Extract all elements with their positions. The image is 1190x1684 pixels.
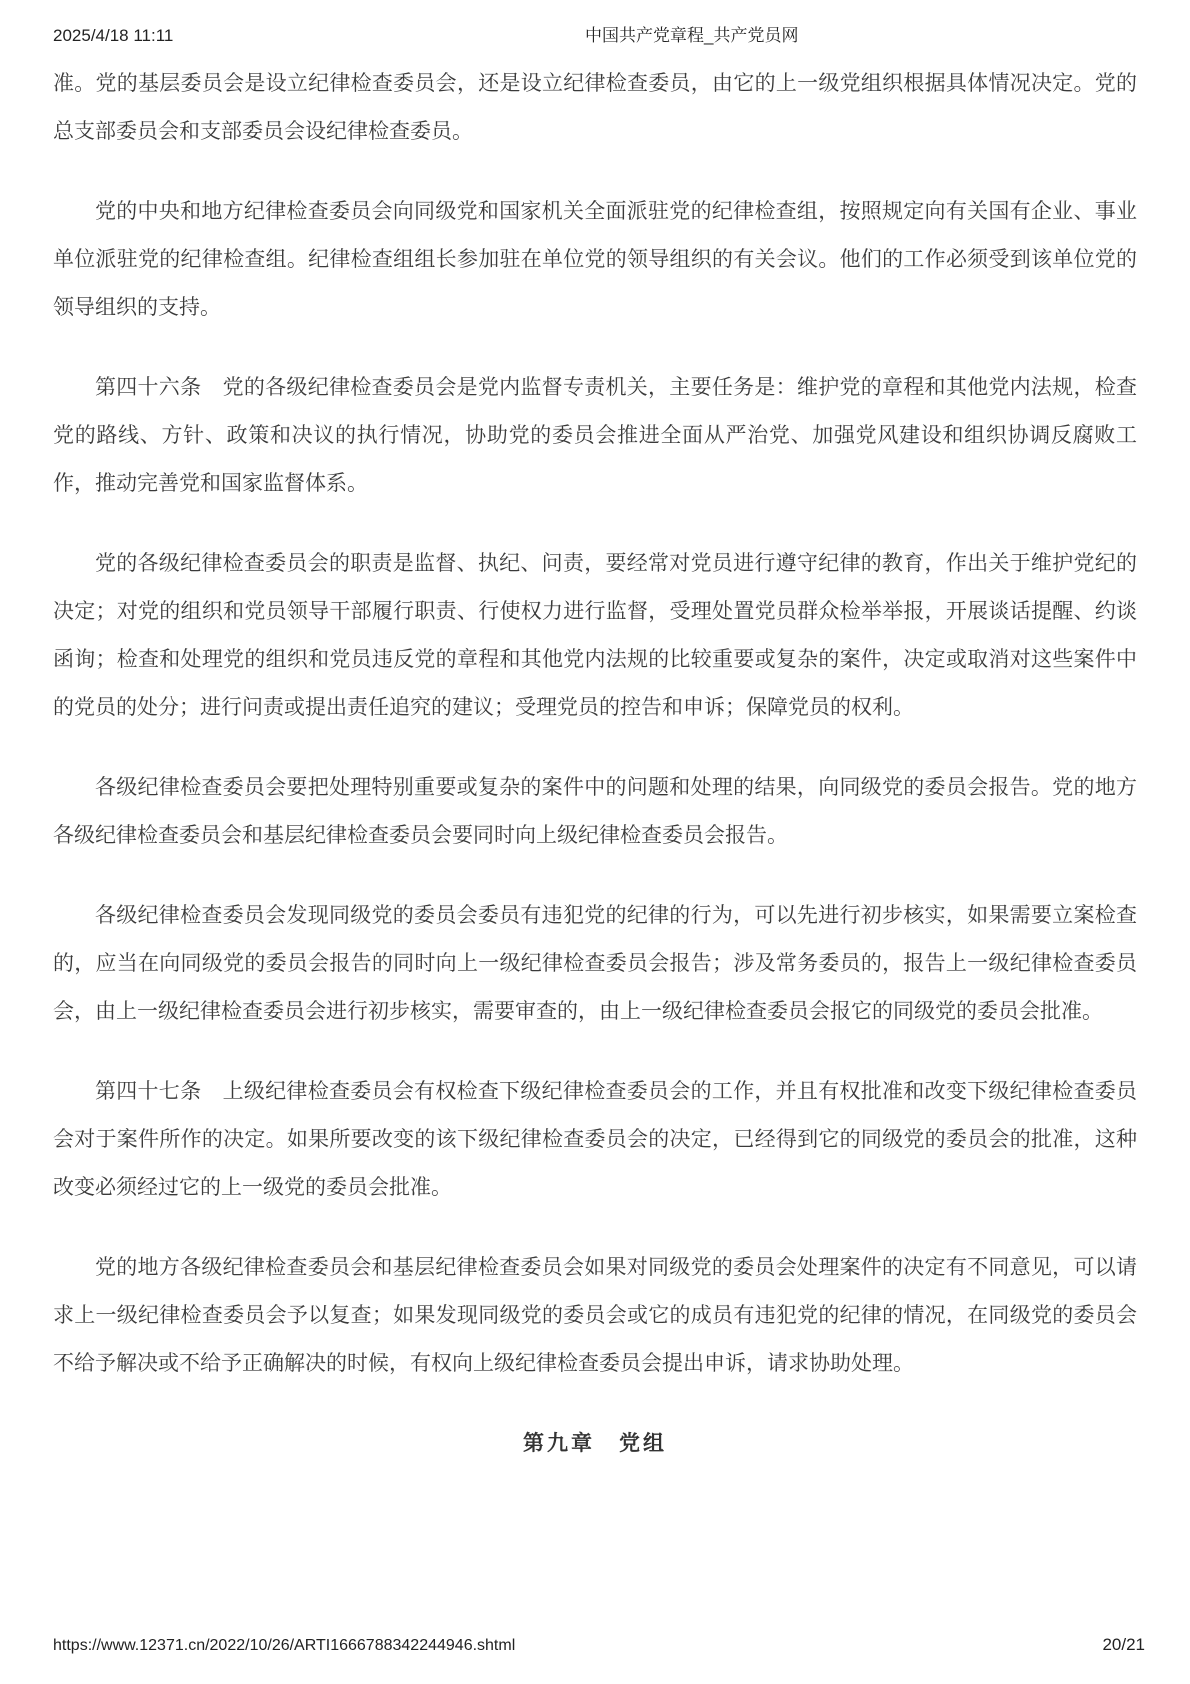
chapter-heading: 第九章 党组: [53, 1420, 1137, 1468]
print-footer-source-url: https://www.12371.cn/2022/10/26/ARTI1666…: [53, 1636, 515, 1656]
paragraph-article-47: 第四十七条 上级纪律检查委员会有权检查下级纪律检查委员会的工作，并且有权批准和改…: [53, 1068, 1137, 1212]
paragraph-article-46: 第四十六条 党的各级纪律检查委员会是党内监督专责机关，主要任务是：维护党的章程和…: [53, 364, 1137, 508]
paragraph: 党的各级纪律检查委员会的职责是监督、执纪、问责，要经常对党员进行遵守纪律的教育，…: [53, 540, 1137, 732]
print-header-title: 中国共产党章程_共产党员网: [585, 26, 798, 46]
paragraph-continuation: 准。党的基层委员会是设立纪律检查委员会，还是设立纪律检查委员，由它的上一级党组织…: [53, 60, 1137, 156]
paragraph: 党的中央和地方纪律检查委员会向同级党和国家机关全面派驻党的纪律检查组，按照规定向…: [53, 188, 1137, 332]
paragraph: 各级纪律检查委员会要把处理特别重要或复杂的案件中的问题和处理的结果，向同级党的委…: [53, 764, 1137, 860]
print-header-timestamp: 2025/4/18 11:11: [53, 26, 173, 46]
document-body: 准。党的基层委员会是设立纪律检查委员会，还是设立纪律检查委员，由它的上一级党组织…: [53, 60, 1137, 1468]
paragraph: 党的地方各级纪律检查委员会和基层纪律检查委员会如果对同级党的委员会处理案件的决定…: [53, 1244, 1137, 1388]
paragraph: 各级纪律检查委员会发现同级党的委员会委员有违犯党的纪律的行为，可以先进行初步核实…: [53, 892, 1137, 1036]
print-footer-page-indicator: 20/21: [1102, 1635, 1145, 1655]
